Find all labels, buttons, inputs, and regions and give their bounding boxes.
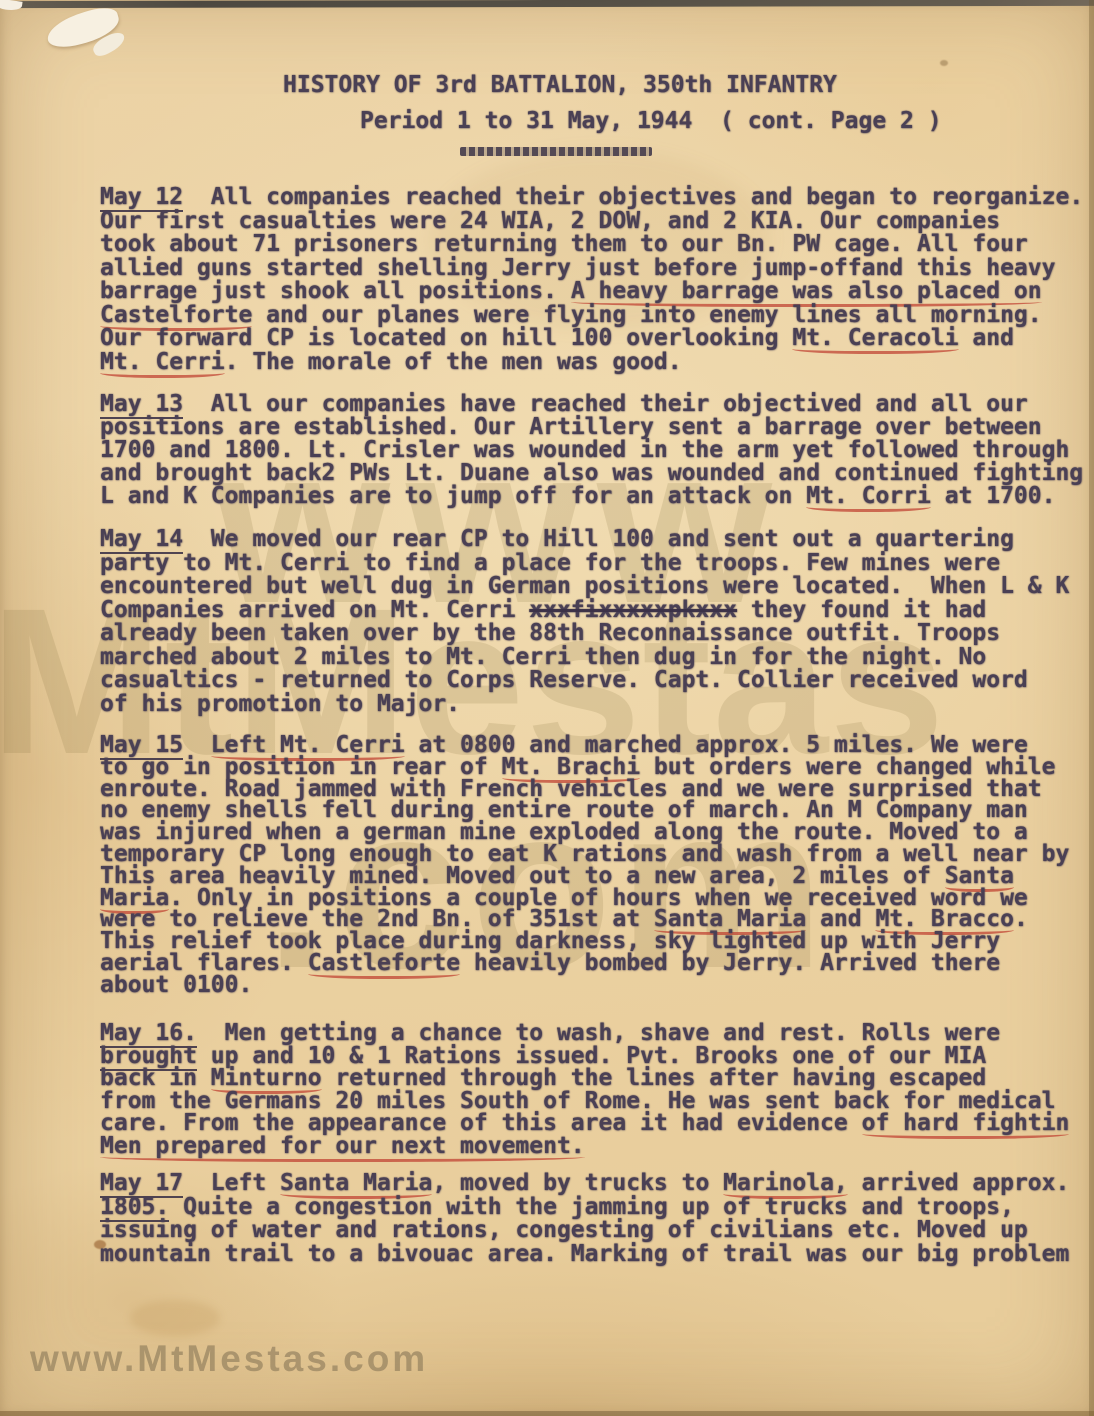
entry-may-13: May 13 All our companies have reached th… <box>100 393 1094 508</box>
document-subtitle: Period 1 to 31 May, 1944 ( cont. Page 2 … <box>360 108 942 134</box>
red-underlined-text: Mt. Cerri <box>100 349 225 378</box>
text-run: took about 71 prisoners returning them t… <box>100 231 1028 257</box>
typed-line: back in Minturno returned through the li… <box>100 1067 1094 1090</box>
title-rule <box>460 147 652 156</box>
typed-line: Companies arrived on Mt. Cerri xxxfixxxx… <box>100 599 1094 623</box>
typed-line: May 14 We moved our rear CP to Hill 100 … <box>100 528 1094 552</box>
text-run: of his promotion to Major. <box>100 691 460 717</box>
typed-line: allied guns started shelling Jerry just … <box>100 257 1094 281</box>
text-run: Left <box>183 1170 280 1196</box>
text-run: at 1700. <box>931 483 1056 509</box>
text-run: arrived approx. <box>848 1170 1070 1196</box>
typed-line: positions are established. Our Artillery… <box>100 416 1094 439</box>
typed-line: casualtics - returned to Corps Reserve. … <box>100 669 1094 693</box>
text-run: Our first casualties were 24 WIA, 2 DOW,… <box>100 208 1000 234</box>
typed-line: party to Mt. Cerri to find a place for t… <box>100 552 1094 576</box>
text-run: heavily bombed by Jerry. Arrived there <box>460 950 1000 976</box>
typed-line: May 16. Men getting a chance to wash, sh… <box>100 1022 1094 1045</box>
typed-line: barrage just shook all positions. A heav… <box>100 280 1094 304</box>
text-run: about 0100. <box>100 972 252 998</box>
typed-line: L and K Companies are to jump off for an… <box>100 485 1094 508</box>
scanned-document-page: www MtMestas .com www.MtMestas.com HISTO… <box>0 0 1094 1416</box>
text-run: party to Mt. Cerri to find a place for t… <box>100 550 1000 576</box>
text-run: All companies reached their objectives a… <box>183 184 1083 210</box>
typed-line: about 0100. <box>100 975 1094 997</box>
typed-line: May 17 Left Santa Maria, moved by trucks… <box>100 1172 1094 1196</box>
typed-line: encountered but well dug in German posit… <box>100 575 1094 599</box>
typed-line: 1700 and 1800. Lt. Crisler was wounded i… <box>100 439 1094 462</box>
text-run: and <box>959 325 1014 351</box>
red-underlined-text: Mt. Ceracoli <box>792 325 958 354</box>
text-run: casualtics - returned to Corps Reserve. … <box>100 667 1028 693</box>
typed-line: of his promotion to Major. <box>100 693 1094 717</box>
red-underlined-text: Castleforte <box>308 950 460 979</box>
document-title: HISTORY OF 3rd BATTALION, 350th INFANTRY <box>283 72 837 98</box>
text-run: marched about 2 miles to Mt. Cerri then … <box>100 644 986 670</box>
entry-may-17: May 17 Left Santa Maria, moved by trucks… <box>100 1172 1094 1266</box>
typed-line: from the Germans 20 miles South of Rome.… <box>100 1090 1094 1113</box>
typed-line: took about 71 prisoners returning them t… <box>100 233 1094 257</box>
red-underlined-text: Mt. Corri <box>806 483 931 512</box>
text-run: already been taken over by the 88th Reco… <box>100 620 1000 646</box>
typed-line: Our forward CP is located on hill 100 ov… <box>100 327 1094 351</box>
typed-line: 1805. Quite a congestion with the jammin… <box>100 1196 1094 1220</box>
typed-line: Mt. Cerri. The morale of the men was goo… <box>100 351 1094 375</box>
text-run: mountain trail to a bivouac area. Markin… <box>100 1241 1069 1267</box>
typed-line: care. From the appearance of this area i… <box>100 1112 1094 1135</box>
text-run: and our planes were flying into enemy li… <box>252 302 1041 328</box>
entry-may-14: May 14 We moved our rear CP to Hill 100 … <box>100 528 1094 716</box>
text-run: encountered but well dug in German posit… <box>100 573 1069 599</box>
typed-line: already been taken over by the 88th Reco… <box>100 622 1094 646</box>
typed-line: mountain trail to a bivouac area. Markin… <box>100 1243 1094 1267</box>
text-run: We moved our rear CP to Hill 100 and sen… <box>183 526 1014 552</box>
typed-line: Our first casualties were 24 WIA, 2 DOW,… <box>100 210 1094 234</box>
text-run: they found it had <box>737 597 986 623</box>
text-run: . <box>1014 906 1028 932</box>
typed-line: May 12 All companies reached their objec… <box>100 186 1094 210</box>
entry-may-12: May 12 All companies reached their objec… <box>100 186 1094 374</box>
text-run: barrage just shook all positions. <box>100 278 571 304</box>
red-underlined-text: of hard fightin <box>862 1110 1070 1139</box>
typed-line: May 13 All our companies have reached th… <box>100 393 1094 416</box>
typed-line: Castelforte and our planes were flying i… <box>100 304 1094 328</box>
struck-text: xxxfixxxxxpkxxx <box>529 597 737 623</box>
text-run: Quite a congestion with the jamming up o… <box>169 1194 1014 1220</box>
typed-line: marched about 2 miles to Mt. Cerri then … <box>100 646 1094 670</box>
text-run: allied guns started shelling Jerry just … <box>100 255 1055 281</box>
typed-line: issuing of water and rations, congesting… <box>100 1219 1094 1243</box>
text-run: . The morale of the men was good. <box>225 349 682 375</box>
entry-may-15: May 15 Left Mt. Cerri at 0800 and marche… <box>100 735 1094 997</box>
typed-line: brought up and 10 & 1 Rations issued. Pv… <box>100 1045 1094 1068</box>
text-run: issuing of water and rations, congesting… <box>100 1217 1028 1243</box>
text-run: Our forward CP is located on hill 100 ov… <box>100 325 792 351</box>
entry-may-16: May 16. Men getting a chance to wash, sh… <box>100 1022 1094 1157</box>
typed-document: HISTORY OF 3rd BATTALION, 350th INFANTRY… <box>0 0 1094 1416</box>
red-underlined-text: Men prepared for our next movement. <box>100 1133 585 1162</box>
typed-line: and brought back2 PWs Lt. Duane also was… <box>100 462 1094 485</box>
text-run: Companies arrived on Mt. Cerri <box>100 597 529 623</box>
text-run: L and K Companies are to jump off for an… <box>100 483 806 509</box>
text-run: , moved by trucks to <box>432 1170 723 1196</box>
